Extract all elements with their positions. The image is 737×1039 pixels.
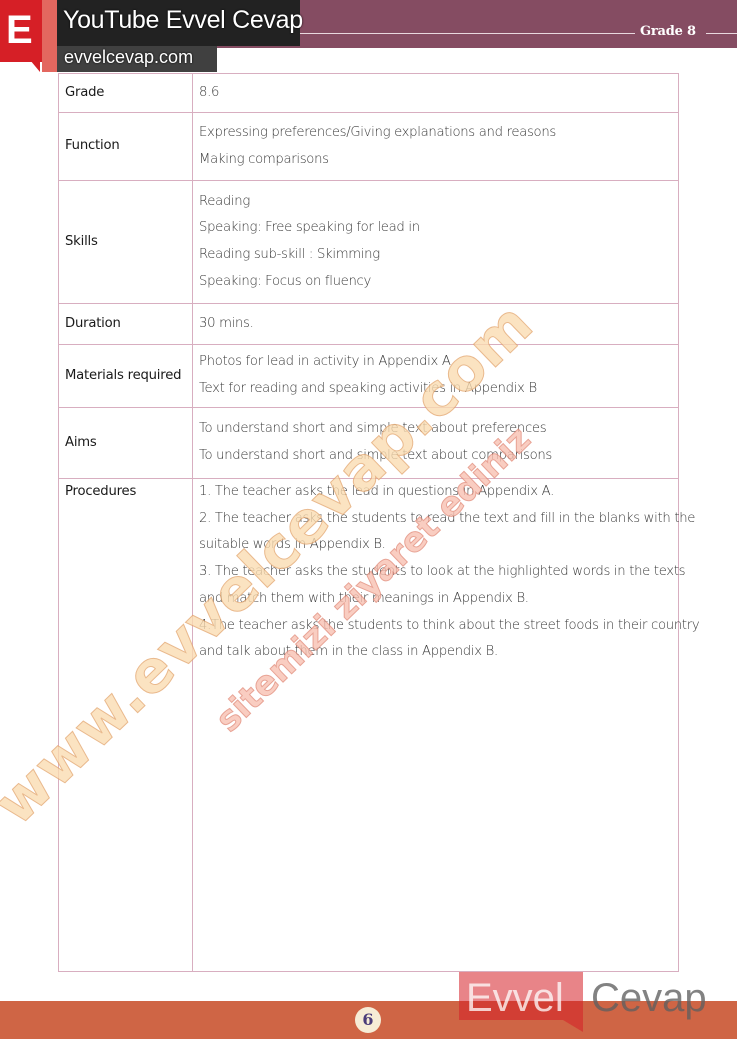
row-value: 1. The teacher asks the lead in question…: [193, 479, 679, 972]
row-label: Aims: [59, 408, 193, 479]
row-value: To understand short and simple text abou…: [193, 408, 679, 479]
row-value: Reading Speaking: Free speaking for lead…: [193, 181, 679, 304]
row-label: Procedures: [59, 479, 193, 972]
value-line: Expressing preferences/Giving explanatio…: [199, 120, 672, 147]
value-line: Speaking: Free speaking for lead in: [199, 215, 672, 242]
footer-logo-evvel: Evvel: [466, 972, 564, 1024]
row-label: Grade: [59, 74, 193, 113]
table-row-procedures: Procedures 1. The teacher asks the lead …: [59, 479, 679, 972]
table-row-grade: Grade 8.6: [59, 74, 679, 113]
site-url[interactable]: evvelcevap.com: [64, 47, 193, 68]
table-row-duration: Duration 30 mins.: [59, 304, 679, 345]
page-number: 6: [355, 1007, 381, 1033]
value-line: Reading: [199, 189, 672, 216]
table-row-aims: Aims To understand short and simple text…: [59, 408, 679, 479]
procedure-line: suitable words in Appendix B.: [199, 532, 672, 559]
row-value: 8.6: [193, 74, 679, 113]
row-label: Function: [59, 113, 193, 181]
logo-letter: E: [6, 6, 33, 54]
logo-accent-strip: [42, 0, 58, 72]
procedure-line: 2. The teacher asks the students to read…: [199, 506, 672, 533]
table-row-function: Function Expressing preferences/Giving e…: [59, 113, 679, 181]
procedure-line: 1. The teacher asks the lead in question…: [199, 479, 672, 506]
procedure-line: and match them with their meanings in Ap…: [199, 586, 672, 613]
value-line: To understand short and simple text abou…: [199, 416, 672, 443]
footer-logo-cevap: Cevap: [591, 972, 707, 1024]
procedure-line: and talk about them in the class in Appe…: [199, 639, 672, 666]
header-divider: [300, 33, 635, 34]
row-label: Duration: [59, 304, 193, 345]
value-line: 30 mins.: [199, 311, 672, 338]
footer-logo-tail: [563, 1020, 583, 1032]
row-value: Expressing preferences/Giving explanatio…: [193, 113, 679, 181]
header-divider-right: [706, 33, 737, 34]
value-line: Text for reading and speaking activities…: [199, 376, 672, 403]
row-label: Materials required: [59, 345, 193, 408]
row-value: 30 mins.: [193, 304, 679, 345]
channel-title: YouTube Evvel Cevap: [63, 6, 303, 35]
value-line: Photos for lead in activity in Appendix …: [199, 349, 672, 376]
row-value: Photos for lead in activity in Appendix …: [193, 345, 679, 408]
table-row-skills: Skills Reading Speaking: Free speaking f…: [59, 181, 679, 304]
grade-label: Grade 8: [640, 24, 696, 39]
evvel-logo-icon: E: [0, 0, 42, 62]
value-line: Reading sub-skill : Skimming: [199, 242, 672, 269]
value-line: Speaking: Focus on fluency: [199, 269, 672, 296]
lesson-plan-table: Grade 8.6 Function Expressing preference…: [58, 73, 679, 972]
value-line: To understand short and simple text abou…: [199, 443, 672, 470]
row-label: Skills: [59, 181, 193, 304]
procedure-line: 4.The teacher asks the students to think…: [199, 613, 672, 640]
logo-speech-tail: [30, 60, 40, 72]
value-line: Making comparisons: [199, 147, 672, 174]
value-line: 8.6: [199, 80, 672, 107]
procedure-line: 3. The teacher asks the students to look…: [199, 559, 672, 586]
table-row-materials: Materials required Photos for lead in ac…: [59, 345, 679, 408]
